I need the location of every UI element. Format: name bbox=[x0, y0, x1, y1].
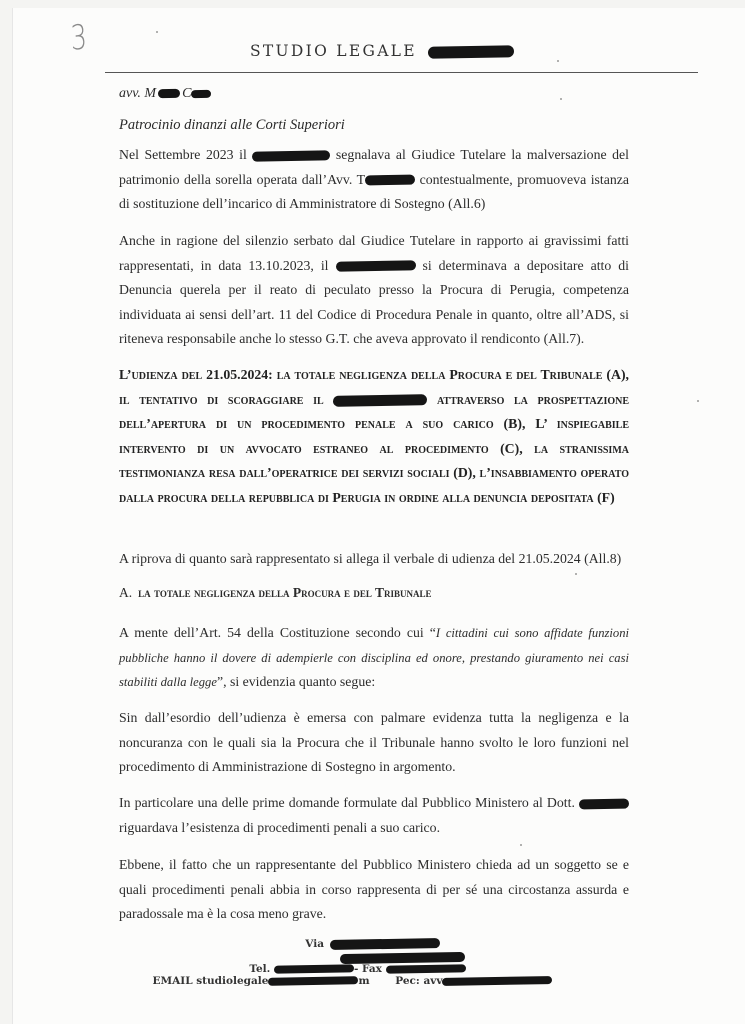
redaction-email bbox=[268, 976, 358, 986]
tagline: Patrocinio dinanzi alle Corti Superiori bbox=[119, 117, 345, 134]
redaction-name bbox=[365, 175, 415, 186]
lawyer-name: avv. MC bbox=[119, 86, 211, 102]
section-a-title: A.la totale negligenza della Procura e d… bbox=[119, 585, 431, 601]
redaction-pec bbox=[442, 976, 552, 986]
scan-speck bbox=[560, 98, 562, 100]
redaction-name bbox=[579, 798, 629, 809]
paragraph-2: Anche in ragione del silenzio serbato da… bbox=[119, 229, 629, 352]
paragraph-7: Ebbene, il fatto che un rappresentante d… bbox=[119, 853, 629, 927]
redaction-lawyer-first bbox=[158, 89, 180, 98]
firm-prefix: STUDIO LEGALE bbox=[250, 42, 417, 60]
redaction-name bbox=[333, 394, 427, 407]
scan-speck bbox=[697, 400, 699, 402]
paragraph-3: A riprova di quanto sarà rappresentato s… bbox=[119, 547, 629, 572]
handwritten-page-number: 3 bbox=[70, 17, 88, 58]
redaction-lawyer-last bbox=[191, 90, 211, 98]
redaction-address bbox=[330, 938, 440, 950]
letterhead-title: STUDIO LEGALE bbox=[250, 42, 514, 60]
redaction-name bbox=[252, 150, 330, 161]
section-heading-hearing: L’udienza del 21.05.2024: la totale negl… bbox=[119, 363, 629, 510]
scan-speck bbox=[156, 31, 158, 33]
footer-phone: Tel. - Fax bbox=[0, 963, 745, 975]
redaction-fax bbox=[386, 964, 466, 973]
footer-address: Via bbox=[0, 938, 745, 950]
letterhead-divider bbox=[105, 72, 698, 73]
paragraph-6: In particolare una delle prime domande f… bbox=[119, 791, 629, 840]
redaction-name bbox=[335, 261, 415, 272]
scan-speck bbox=[557, 60, 559, 62]
scan-speck bbox=[520, 844, 522, 846]
scan-speck bbox=[575, 573, 577, 575]
redaction-phone bbox=[274, 964, 354, 973]
redaction-firm-name bbox=[428, 45, 514, 58]
paragraph-1: Nel Settembre 2023 il segnalava al Giudi… bbox=[119, 143, 629, 217]
paragraph-5: Sin dall’esordio dell’udienza è emersa c… bbox=[119, 706, 629, 780]
footer-contacts: EMAIL studiolegalem Pec: avv bbox=[0, 975, 745, 987]
paragraph-4: A mente dell’Art. 54 della Costituzione … bbox=[119, 621, 629, 695]
